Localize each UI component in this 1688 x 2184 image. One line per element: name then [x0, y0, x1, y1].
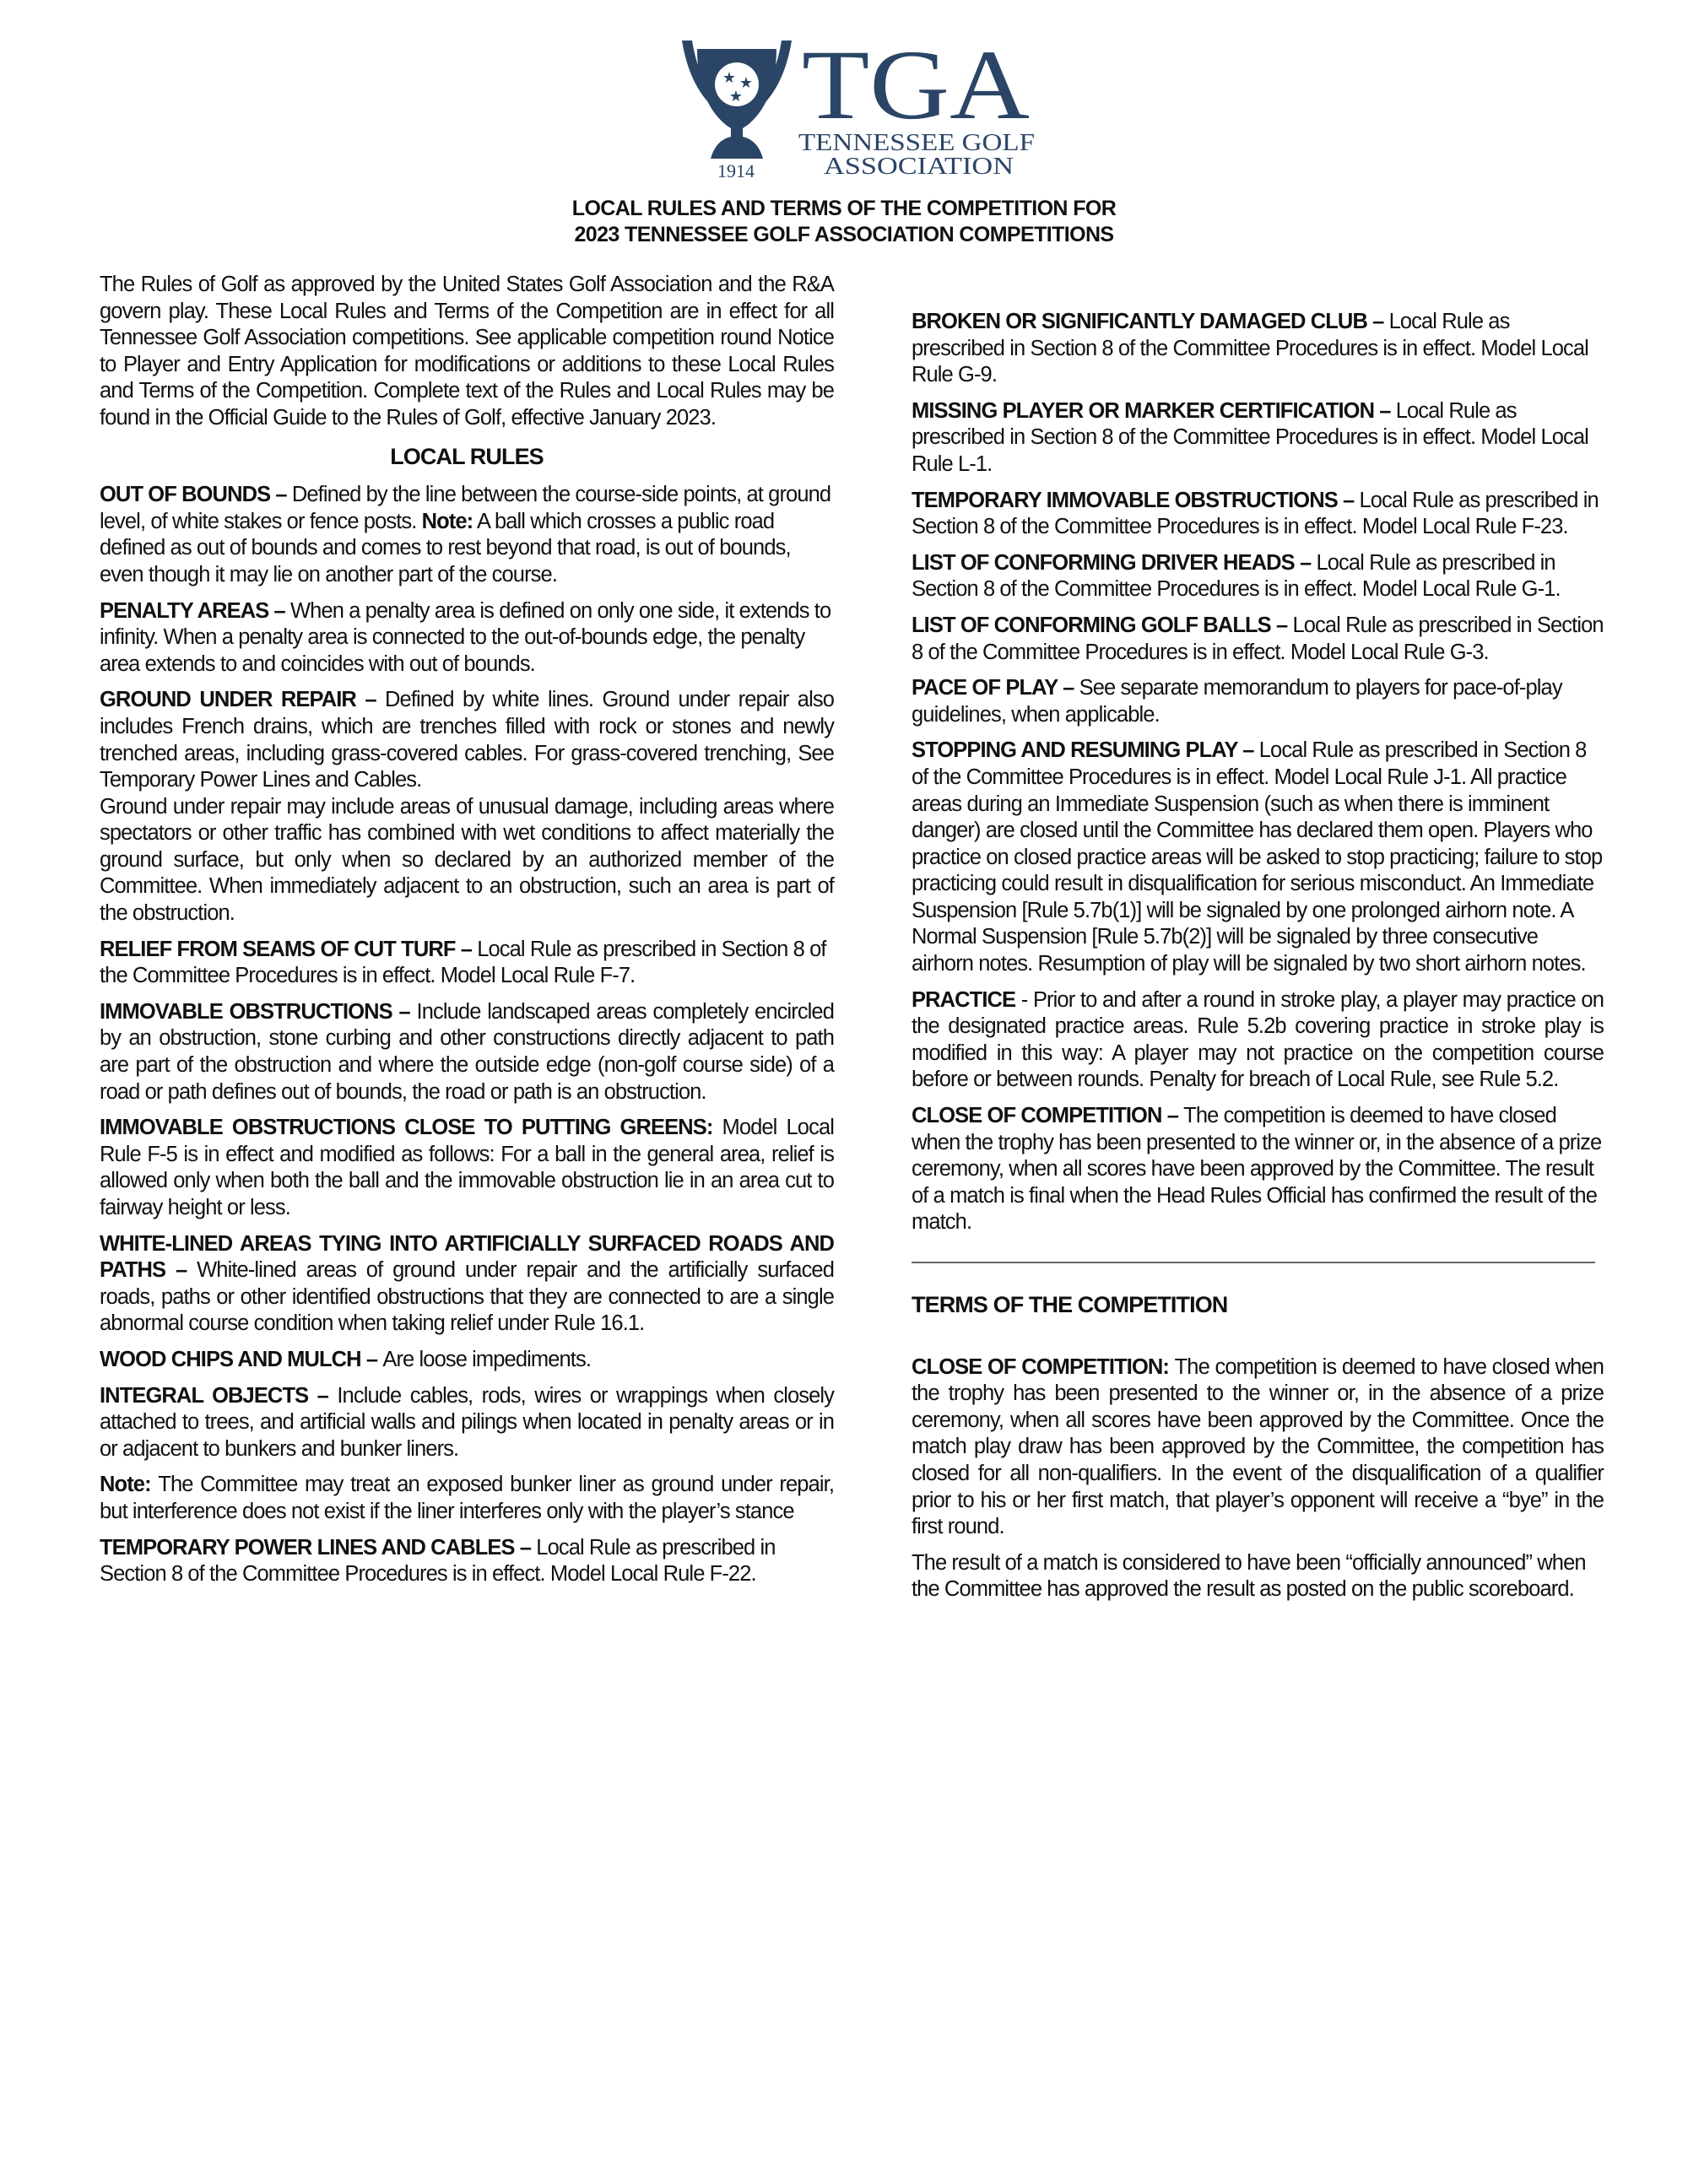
rule-label: LIST OF CONFORMING GOLF BALLS –	[912, 614, 1292, 637]
section-divider	[912, 1262, 1595, 1263]
rule-ground-under-repair-cont: Ground under repair may include areas of…	[100, 794, 834, 927]
rule-practice: PRACTICE - Prior to and after a round in…	[912, 987, 1604, 1094]
logo-acronym: TGA	[802, 34, 1030, 140]
rule-label: BROKEN OR SIGNIFICANTLY DAMAGED CLUB –	[912, 310, 1389, 333]
document-title: LOCAL RULES AND TERMS OF THE COMPETITION…	[422, 196, 1266, 248]
title-line-2: 2023 TENNESSEE GOLF ASSOCIATION COMPETIT…	[422, 222, 1266, 248]
trophy-icon: ★ ★ ★ 1914 TGA TENNESSEE GOLF ASSOCIATIO…	[674, 34, 1036, 177]
rule-label: PACE OF PLAY –	[912, 676, 1079, 700]
rule-label: IMMOVABLE OBSTRUCTIONS CLOSE TO PUTTING …	[100, 1116, 722, 1139]
rule-label: LIST OF CONFORMING DRIVER HEADS –	[912, 551, 1316, 575]
logo-founded-year: 1914	[717, 160, 755, 177]
rule-label: TEMPORARY POWER LINES AND CABLES –	[100, 1536, 536, 1560]
rule-temporary-power-lines: TEMPORARY POWER LINES AND CABLES – Local…	[100, 1535, 834, 1588]
rule-white-lined-areas: WHITE-LINED AREAS TYING INTO ARTIFICIALL…	[100, 1231, 834, 1338]
rule-golf-balls: LIST OF CONFORMING GOLF BALLS – Local Ru…	[912, 613, 1604, 666]
rule-temporary-immovable-obstructions: TEMPORARY IMMOVABLE OBSTRUCTIONS – Local…	[912, 488, 1604, 541]
rule-label: TEMPORARY IMMOVABLE OBSTRUCTIONS –	[912, 489, 1359, 512]
rule-close-of-competition: CLOSE OF COMPETITION – The competition i…	[912, 1103, 1604, 1236]
rule-text: Are loose impediments.	[382, 1348, 591, 1371]
tga-logo: ★ ★ ★ 1914 TGA TENNESSEE GOLF ASSOCIATIO…	[674, 34, 1036, 177]
svg-text:★: ★	[729, 88, 743, 105]
rule-label: INTEGRAL OBJECTS –	[100, 1384, 337, 1408]
rule-label: OUT OF BOUNDS –	[100, 483, 292, 506]
left-column: The Rules of Golf as approved by the Uni…	[100, 272, 834, 1597]
rule-seams-of-cut-turf: RELIEF FROM SEAMS OF CUT TURF – Local Ru…	[100, 937, 834, 990]
rule-label: IMMOVABLE OBSTRUCTIONS –	[100, 1000, 417, 1024]
right-column: BROKEN OR SIGNIFICANTLY DAMAGED CLUB – L…	[912, 309, 1604, 1613]
rule-text: Local Rule as prescribed in Section 8 of…	[912, 738, 1602, 976]
rule-text: White-lined areas of ground under repair…	[100, 1258, 834, 1335]
rule-broken-club: BROKEN OR SIGNIFICANTLY DAMAGED CLUB – L…	[912, 309, 1604, 389]
term-label: CLOSE OF COMPETITION:	[912, 1355, 1175, 1379]
rule-label: WOOD CHIPS AND MULCH –	[100, 1348, 382, 1371]
rule-pace-of-play: PACE OF PLAY – See separate memorandum t…	[912, 675, 1604, 728]
term-officially-announced: The result of a match is considered to h…	[912, 1550, 1604, 1603]
svg-text:★: ★	[722, 69, 736, 86]
rule-out-of-bounds: OUT OF BOUNDS – Defined by the line betw…	[100, 482, 834, 588]
rule-missing-certification: MISSING PLAYER OR MARKER CERTIFICATION –…	[912, 398, 1604, 478]
terms-heading: TERMS OF THE COMPETITION	[912, 1292, 1604, 1319]
rule-label: PRACTICE	[912, 988, 1021, 1012]
intro-paragraph: The Rules of Golf as approved by the Uni…	[100, 272, 834, 432]
rule-label: CLOSE OF COMPETITION –	[912, 1104, 1183, 1127]
term-close-of-competition: CLOSE OF COMPETITION: The competition is…	[912, 1354, 1604, 1541]
rule-driver-heads: LIST OF CONFORMING DRIVER HEADS – Local …	[912, 550, 1604, 603]
term-text: The competition is deemed to have closed…	[912, 1355, 1604, 1539]
local-rules-heading: LOCAL RULES	[100, 444, 834, 471]
term-text: The result of a match is considered to h…	[912, 1551, 1586, 1602]
rule-ground-under-repair: GROUND UNDER REPAIR – Defined by white l…	[100, 687, 834, 793]
rule-label: GROUND UNDER REPAIR –	[100, 688, 385, 711]
logo-name-line2: ASSOCIATION	[824, 154, 1014, 177]
rule-text: The Committee may treat an exposed bunke…	[100, 1473, 834, 1523]
rule-obstructions-near-greens: IMMOVABLE OBSTRUCTIONS CLOSE TO PUTTING …	[100, 1115, 834, 1221]
rule-label: RELIEF FROM SEAMS OF CUT TURF –	[100, 938, 477, 961]
rule-wood-chips: WOOD CHIPS AND MULCH – Are loose impedim…	[100, 1347, 834, 1374]
rule-label: MISSING PLAYER OR MARKER CERTIFICATION –	[912, 399, 1396, 423]
logo-name-line1: TENNESSEE GOLF	[798, 130, 1035, 156]
rule-bunker-liner-note: Note: The Committee may treat an exposed…	[100, 1472, 834, 1525]
note-label: Note:	[422, 510, 473, 533]
rule-immovable-obstructions: IMMOVABLE OBSTRUCTIONS – Include landsca…	[100, 999, 834, 1106]
rule-integral-objects: INTEGRAL OBJECTS – Include cables, rods,…	[100, 1383, 834, 1463]
title-line-1: LOCAL RULES AND TERMS OF THE COMPETITION…	[422, 196, 1266, 222]
rule-label: STOPPING AND RESUMING PLAY –	[912, 738, 1259, 762]
rule-label: PENALTY AREAS –	[100, 599, 290, 623]
rule-stopping-resuming-play: STOPPING AND RESUMING PLAY – Local Rule …	[912, 738, 1604, 977]
rule-penalty-areas: PENALTY AREAS – When a penalty area is d…	[100, 598, 834, 678]
rule-label: Note:	[100, 1473, 158, 1496]
